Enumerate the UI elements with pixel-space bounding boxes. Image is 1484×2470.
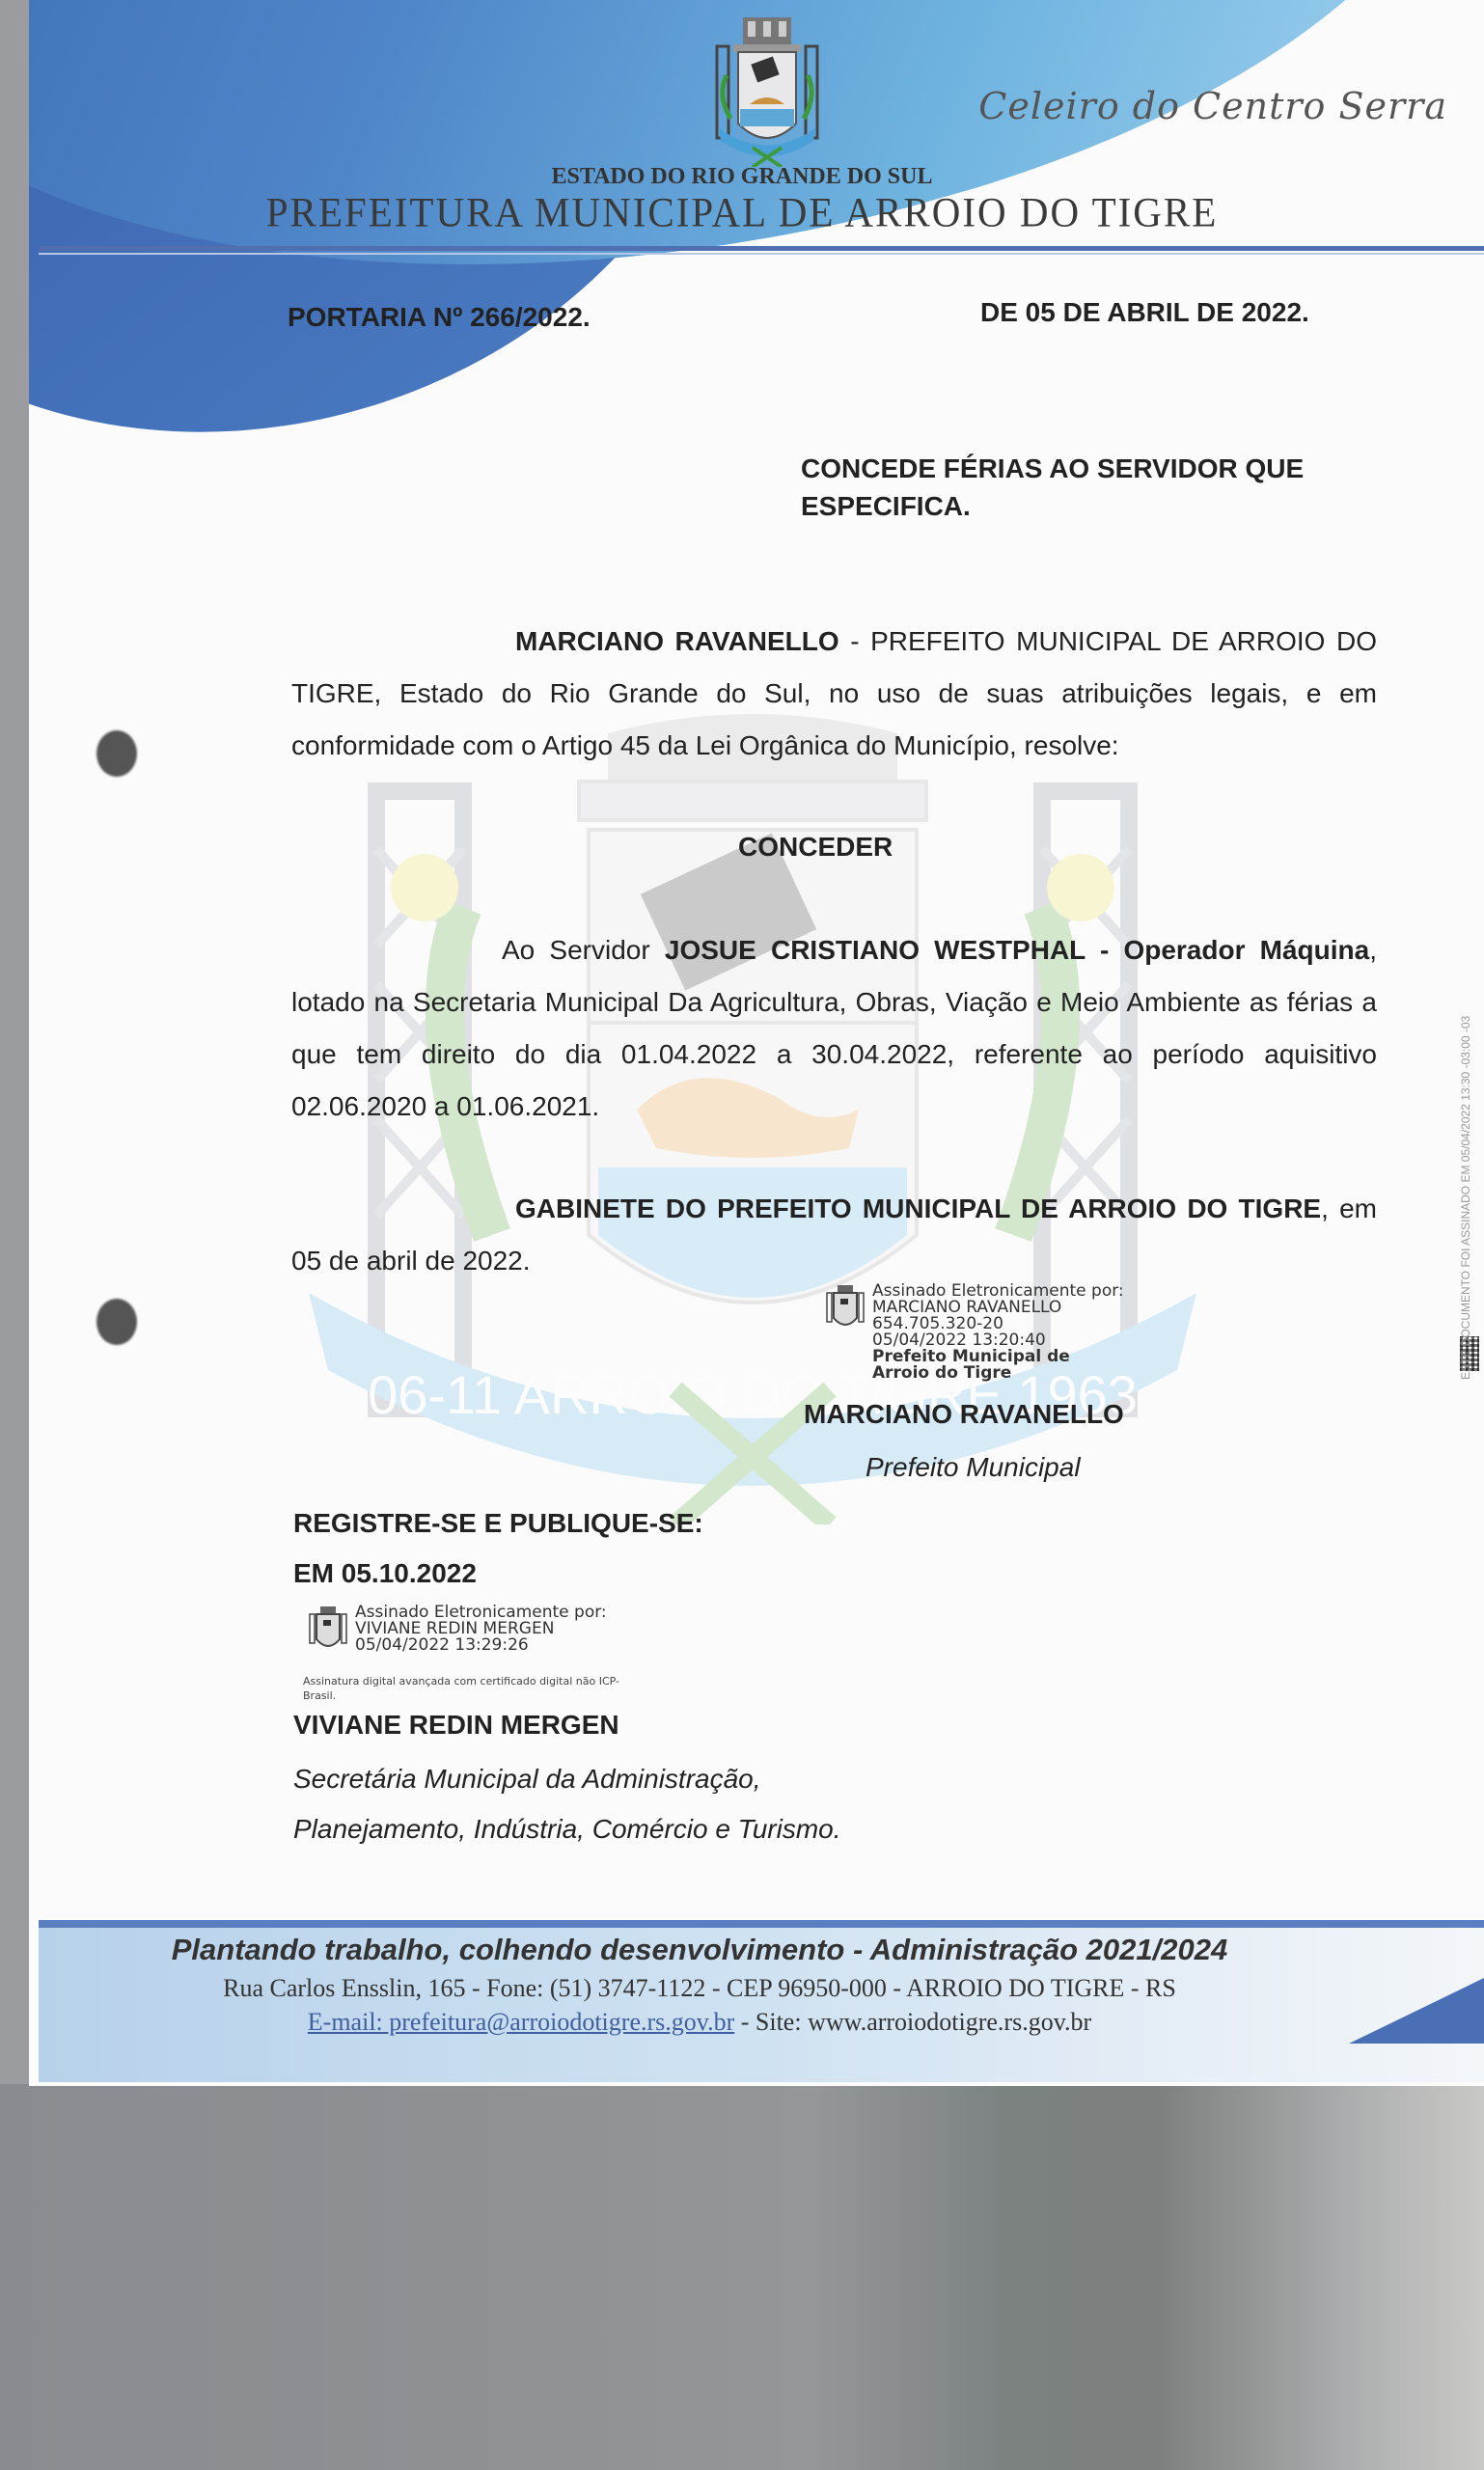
secretary-role-2: Planejamento, Indústria, Comércio e Turi… [293, 1814, 841, 1845]
header-state: ESTADO DO RIO GRANDE DO SUL [0, 164, 1484, 190]
stamp-crest-icon [309, 1605, 347, 1655]
secretary-e-signature-stamp: Assinado Eletronicamente por: VIVIANE RE… [309, 1605, 607, 1655]
body-paragraph: Ao Servidor JOSUE CRISTIANO WESTPHAL - O… [291, 924, 1377, 1133]
closing-bold: GABINETE DO PREFEITO MUNICIPAL DE ARROIO… [515, 1194, 1321, 1223]
stamp-crest-icon [826, 1283, 865, 1333]
header-divider [39, 246, 1484, 251]
closing-paragraph: GABINETE DO PREFEITO MUNICIPAL DE ARROIO… [291, 1183, 1377, 1287]
secretary-name: VIVIANE REDIN MERGEN [293, 1710, 619, 1741]
secretary-role-1: Secretária Municipal da Administração, [293, 1764, 761, 1795]
stamp-note-1: Assinatura digital avançada com certific… [303, 1675, 619, 1688]
registration-label: REGISTRE-SE E PUBLIQUE-SE: [293, 1508, 703, 1539]
footer-site: - Site: www.arroiodotigre.rs.gov.br [734, 2008, 1091, 2036]
body-intro: Ao Servidor [502, 935, 665, 965]
footer-slogan: Plantando trabalho, colhendo desenvolvim… [0, 1933, 1399, 1967]
footer-divider [39, 1920, 1484, 1928]
stamp-datetime: 05/04/2022 13:29:26 [355, 1637, 607, 1654]
registration-date: EM 05.10.2022 [293, 1558, 477, 1589]
footer-address: Rua Carlos Ensslin, 165 - Fone: (51) 374… [0, 1974, 1399, 2003]
summary-line-2: ESPECIFICA. [801, 491, 971, 522]
side-verification-text: ESTE DOCUMENTO FOI ASSINADO EM 05/04/202… [1459, 1016, 1472, 1380]
header-tagline: Celeiro do Centro Serra [978, 85, 1447, 127]
coat-of-arms-icon [700, 17, 835, 167]
footer-contacts: E-mail: prefeitura@arroiodotigre.rs.gov.… [0, 2008, 1399, 2037]
scan-edge [0, 0, 29, 2084]
mayor-e-signature-stamp: Assinado Eletronicamente por: MARCIANO R… [826, 1283, 1124, 1382]
stamp-note-2: Brasil. [303, 1689, 336, 1702]
portaria-number: PORTARIA Nº 266/2022. [288, 302, 591, 333]
header-divider-light [39, 253, 1484, 255]
preamble-name: MARCIANO RAVANELLO [515, 626, 839, 656]
punch-hole [96, 730, 137, 777]
footer-email-link[interactable]: E-mail: prefeitura@arroiodotigre.rs.gov.… [308, 2008, 734, 2036]
body-servant: JOSUE CRISTIANO WESTPHAL - Operador Máqu… [665, 935, 1369, 965]
stamp-role-2: Arroio do Tigre [872, 1365, 1124, 1382]
portaria-date: DE 05 DE ABRIL DE 2022. [980, 297, 1309, 328]
action-heading: CONCEDER [738, 832, 893, 863]
mayor-role: Prefeito Municipal [866, 1452, 1081, 1483]
mayor-name: MARCIANO RAVANELLO [804, 1399, 1124, 1430]
preamble-paragraph: MARCIANO RAVANELLO - PREFEITO MUNICIPAL … [291, 616, 1377, 772]
summary-line-1: CONCEDE FÉRIAS AO SERVIDOR QUE [801, 453, 1304, 484]
header-prefeitura: PREFEITURA MUNICIPAL DE ARROIO DO TIGRE [0, 188, 1484, 236]
punch-hole [96, 1299, 137, 1345]
